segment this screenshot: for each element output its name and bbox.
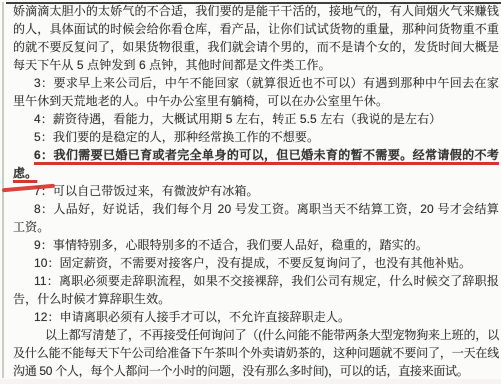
- list-item-4: 4：薪资待遇，看能力，大概试用期 5 左右，转正 5.5 左右（我说的是左右）: [13, 110, 499, 128]
- list-item-7: 7：可以自己带饭过来，有微波炉有冰箱。: [13, 182, 499, 200]
- list-item-5: 5：我们要的是稳定的人，那种经常换工作的不想要。: [13, 128, 499, 146]
- paragraph-closing: 以上都写清楚了，不再接受任何询问了（(什么问能不能带两条大型宠物狗来上班的，以及…: [13, 326, 499, 380]
- scan-artifact-band: [0, 379, 501, 384]
- list-item-10: 10：固定薪资，不需要对接客户，没有提成，不要反复询问了，也没有其他补贴。: [13, 254, 499, 272]
- list-item-9: 9：事情特别多，心眼特别多的不适合，我们要人品好，稳重的，踏实的。: [13, 236, 499, 254]
- document-page: 娇滴滴太胆小的太娇气的不合适，我们要的是能干干活的，接地气的，有人间烟火气来赚钱…: [0, 0, 501, 384]
- list-item-11: 11：离职必须要走辞职流程，如果不交接裸辞，我们公司有规定，什么时候交了辞职报告…: [13, 272, 499, 308]
- document-body: 娇滴滴太胆小的太娇气的不合适，我们要的是能干干活的，接地气的，有人间烟火气来赚钱…: [13, 2, 499, 380]
- list-item-3: 3：要求早上来公司后，中午不能回家（就算很近也不可以）有遇到那种中午回去在家里午…: [13, 74, 499, 110]
- list-item-8: 8：人品好，好说话，我们每个月 20 号发工资。离职当天不结算工资，20 号才会…: [13, 200, 499, 236]
- list-item-12: 12：申请离职必须有人接手才可以，不允许直接辞职走人。: [13, 308, 499, 326]
- paragraph-intro-continuation: 娇滴滴太胆小的太娇气的不合适，我们要的是能干干活的，接地气的，有人间烟火气来赚钱…: [13, 2, 499, 74]
- list-item-6-red-underlined: 6：我们需要已婚已育或者完全单身的可以，但已婚未育的暂不需要。经常请假的不考虑。: [13, 146, 499, 182]
